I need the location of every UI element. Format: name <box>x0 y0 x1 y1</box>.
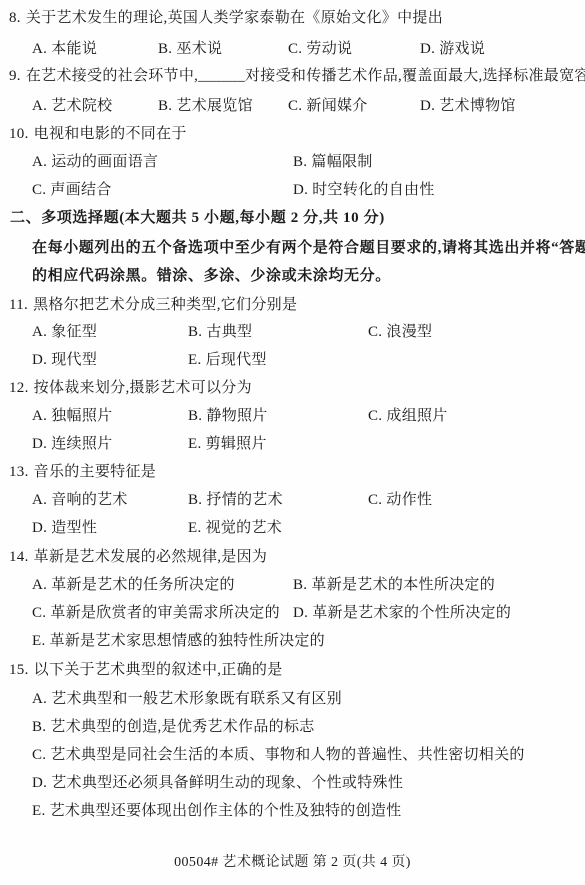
question-9-stem: 在艺术接受的社会环节中,______对接受和传播艺术作品,覆盖面最大,选择标准最… <box>26 68 585 84</box>
question-14-option-a: A. 革新是艺术的任务所决定的 <box>32 575 235 595</box>
question-15-option-a: A. 艺术典型和一般艺术形象既有联系又有区别 <box>32 689 342 709</box>
question-14-number: 14. <box>9 549 29 565</box>
question-9-option-d: D. 艺术博物馆 <box>420 96 516 116</box>
question-14-option-c: C. 革新是欣赏者的审美需求所决定的 <box>32 603 280 623</box>
question-14-option-e: E. 革新是艺术家思想情感的独特性所决定的 <box>32 631 325 651</box>
question-15: 15.以下关于艺术典型的叙述中,正确的是 <box>9 660 283 680</box>
question-13-option-a: A. 音响的艺术 <box>32 490 128 510</box>
question-15-option-b: B. 艺术典型的创造,是优秀艺术作品的标志 <box>32 717 315 737</box>
question-12-number: 12. <box>9 380 29 396</box>
question-12-stem: 按体裁来划分,摄影艺术可以分为 <box>34 380 252 396</box>
question-11-option-e: E. 后现代型 <box>188 350 267 370</box>
section-2-instruction-line-1: 在每小题列出的五个备选项中至少有两个是符合题目要求的,请将其选出并将“答题纸” <box>32 238 585 258</box>
question-8-option-d: D. 游戏说 <box>420 39 485 59</box>
question-11-number: 11. <box>9 297 28 313</box>
question-9-option-b: B. 艺术展览馆 <box>158 96 253 116</box>
section-2-heading: 二、多项选择题(本大题共 5 小题,每小题 2 分,共 10 分) <box>10 208 385 228</box>
question-11-option-b: B. 古典型 <box>188 322 252 342</box>
question-14-option-b: B. 革新是艺术的本性所决定的 <box>293 575 495 595</box>
question-15-option-d: D. 艺术典型还必须具备鲜明生动的现象、个性或特殊性 <box>32 773 403 793</box>
question-10: 10.电视和电影的不同在于 <box>9 124 187 144</box>
question-12-option-d: D. 连续照片 <box>32 434 112 454</box>
question-12-option-c: C. 成组照片 <box>368 406 448 426</box>
question-13-option-e: E. 视觉的艺术 <box>188 518 282 538</box>
question-11-stem: 黑格尔把艺术分成三种类型,它们分别是 <box>33 297 297 313</box>
question-9-number: 9. <box>9 68 21 84</box>
question-14-stem: 革新是艺术发展的必然规律,是因为 <box>34 549 268 565</box>
question-13-option-c: C. 动作性 <box>368 490 432 510</box>
question-13-number: 13. <box>9 464 29 480</box>
question-10-option-c: C. 声画结合 <box>32 180 112 200</box>
page-footer: 00504# 艺术概论试题 第 2 页(共 4 页) <box>0 851 585 871</box>
question-15-number: 15. <box>9 662 29 678</box>
question-15-option-c: C. 艺术典型是同社会生活的本质、事物和人物的普遍性、共性密切相关的 <box>32 745 525 765</box>
question-8-option-a: A. 本能说 <box>32 39 97 59</box>
question-15-option-e: E. 艺术典型还要体现出创作主体的个性及独特的创造性 <box>32 801 401 821</box>
question-11-option-c: C. 浪漫型 <box>368 322 432 342</box>
question-8: 8.关于艺术发生的理论,英国人类学家泰勒在《原始文化》中提出 <box>9 8 443 28</box>
question-10-stem: 电视和电影的不同在于 <box>34 126 187 142</box>
question-12-option-e: E. 剪辑照片 <box>188 434 267 454</box>
question-13: 13.音乐的主要特征是 <box>9 462 156 482</box>
question-14: 14.革新是艺术发展的必然规律,是因为 <box>9 547 267 567</box>
question-10-option-d: D. 时空转化的自由性 <box>293 180 435 200</box>
question-8-option-b: B. 巫术说 <box>158 39 222 59</box>
question-10-option-a: A. 运动的画面语言 <box>32 152 158 172</box>
exam-page: 8.关于艺术发生的理论,英国人类学家泰勒在《原始文化》中提出 A. 本能说 B.… <box>0 0 585 885</box>
question-11-option-d: D. 现代型 <box>32 350 97 370</box>
question-12-option-b: B. 静物照片 <box>188 406 268 426</box>
question-12: 12.按体裁来划分,摄影艺术可以分为 <box>9 378 252 398</box>
question-12-option-a: A. 独幅照片 <box>32 406 112 426</box>
question-13-option-b: B. 抒情的艺术 <box>188 490 283 510</box>
question-13-stem: 音乐的主要特征是 <box>34 464 156 480</box>
section-2-instruction-line-2: 的相应代码涂黑。错涂、多涂、少涂或未涂均无分。 <box>32 266 391 286</box>
question-8-option-c: C. 劳动说 <box>288 39 352 59</box>
question-9-option-c: C. 新闻媒介 <box>288 96 368 116</box>
question-10-number: 10. <box>9 126 29 142</box>
question-8-number: 8. <box>9 10 21 26</box>
question-15-stem: 以下关于艺术典型的叙述中,正确的是 <box>34 662 283 678</box>
question-9: 9.在艺术接受的社会环节中,______对接受和传播艺术作品,覆盖面最大,选择标… <box>9 66 585 86</box>
question-10-option-b: B. 篇幅限制 <box>293 152 373 172</box>
question-13-option-d: D. 造型性 <box>32 518 97 538</box>
question-8-stem: 关于艺术发生的理论,英国人类学家泰勒在《原始文化》中提出 <box>26 10 443 26</box>
question-9-option-a: A. 艺术院校 <box>32 96 112 116</box>
question-11-option-a: A. 象征型 <box>32 322 97 342</box>
question-11: 11.黑格尔把艺术分成三种类型,它们分别是 <box>9 295 297 315</box>
question-14-option-d: D. 革新是艺术家的个性所决定的 <box>293 603 511 623</box>
